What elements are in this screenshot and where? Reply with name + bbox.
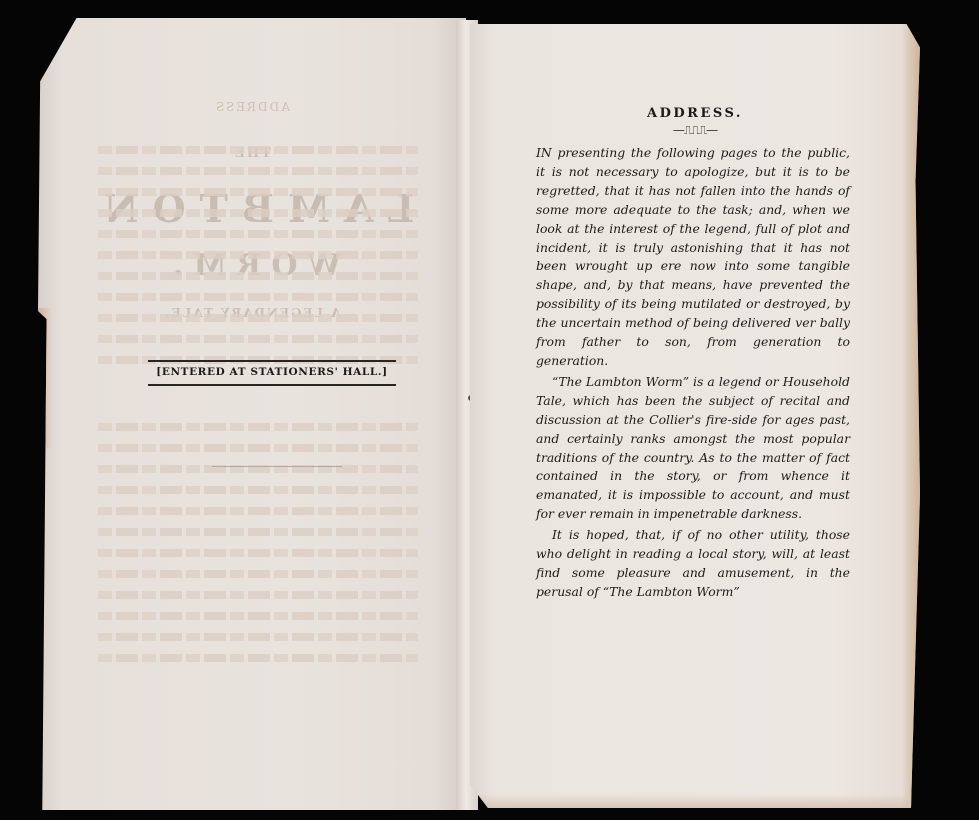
book-spread: ADDRESS THE LAMBTON WORM. A LEGENDARY TA… [0, 0, 979, 820]
stationers-hall-stamp: [ENTERED AT STATIONERS' HALL.] [148, 360, 396, 386]
paragraph-2: “The Lambton Worm” is a legend or Househ… [536, 373, 850, 524]
page-title: ADDRESS. [470, 106, 920, 121]
address-body: IN presenting the following pages to the… [536, 144, 850, 602]
paragraph-3: It is hoped, that, if of no other utilit… [536, 526, 850, 602]
left-page: ADDRESS THE LAMBTON WORM. A LEGENDARY TA… [38, 18, 466, 810]
bleed-through-heading: ADDRESS [38, 100, 466, 114]
page-stain [38, 308, 52, 448]
right-page: ADDRESS. —⎍⎍⎍— IN presenting the followi… [470, 24, 920, 808]
bleed-through-lines-bottom [98, 423, 418, 675]
page-edge-stain [902, 24, 920, 808]
page-bottom-stain [470, 794, 920, 808]
ornament-divider: —⎍⎍⎍— [470, 123, 920, 138]
bleed-through-rule [212, 466, 342, 467]
paragraph-1: IN presenting the following pages to the… [536, 144, 850, 371]
bleed-through-lines-top [98, 146, 418, 377]
